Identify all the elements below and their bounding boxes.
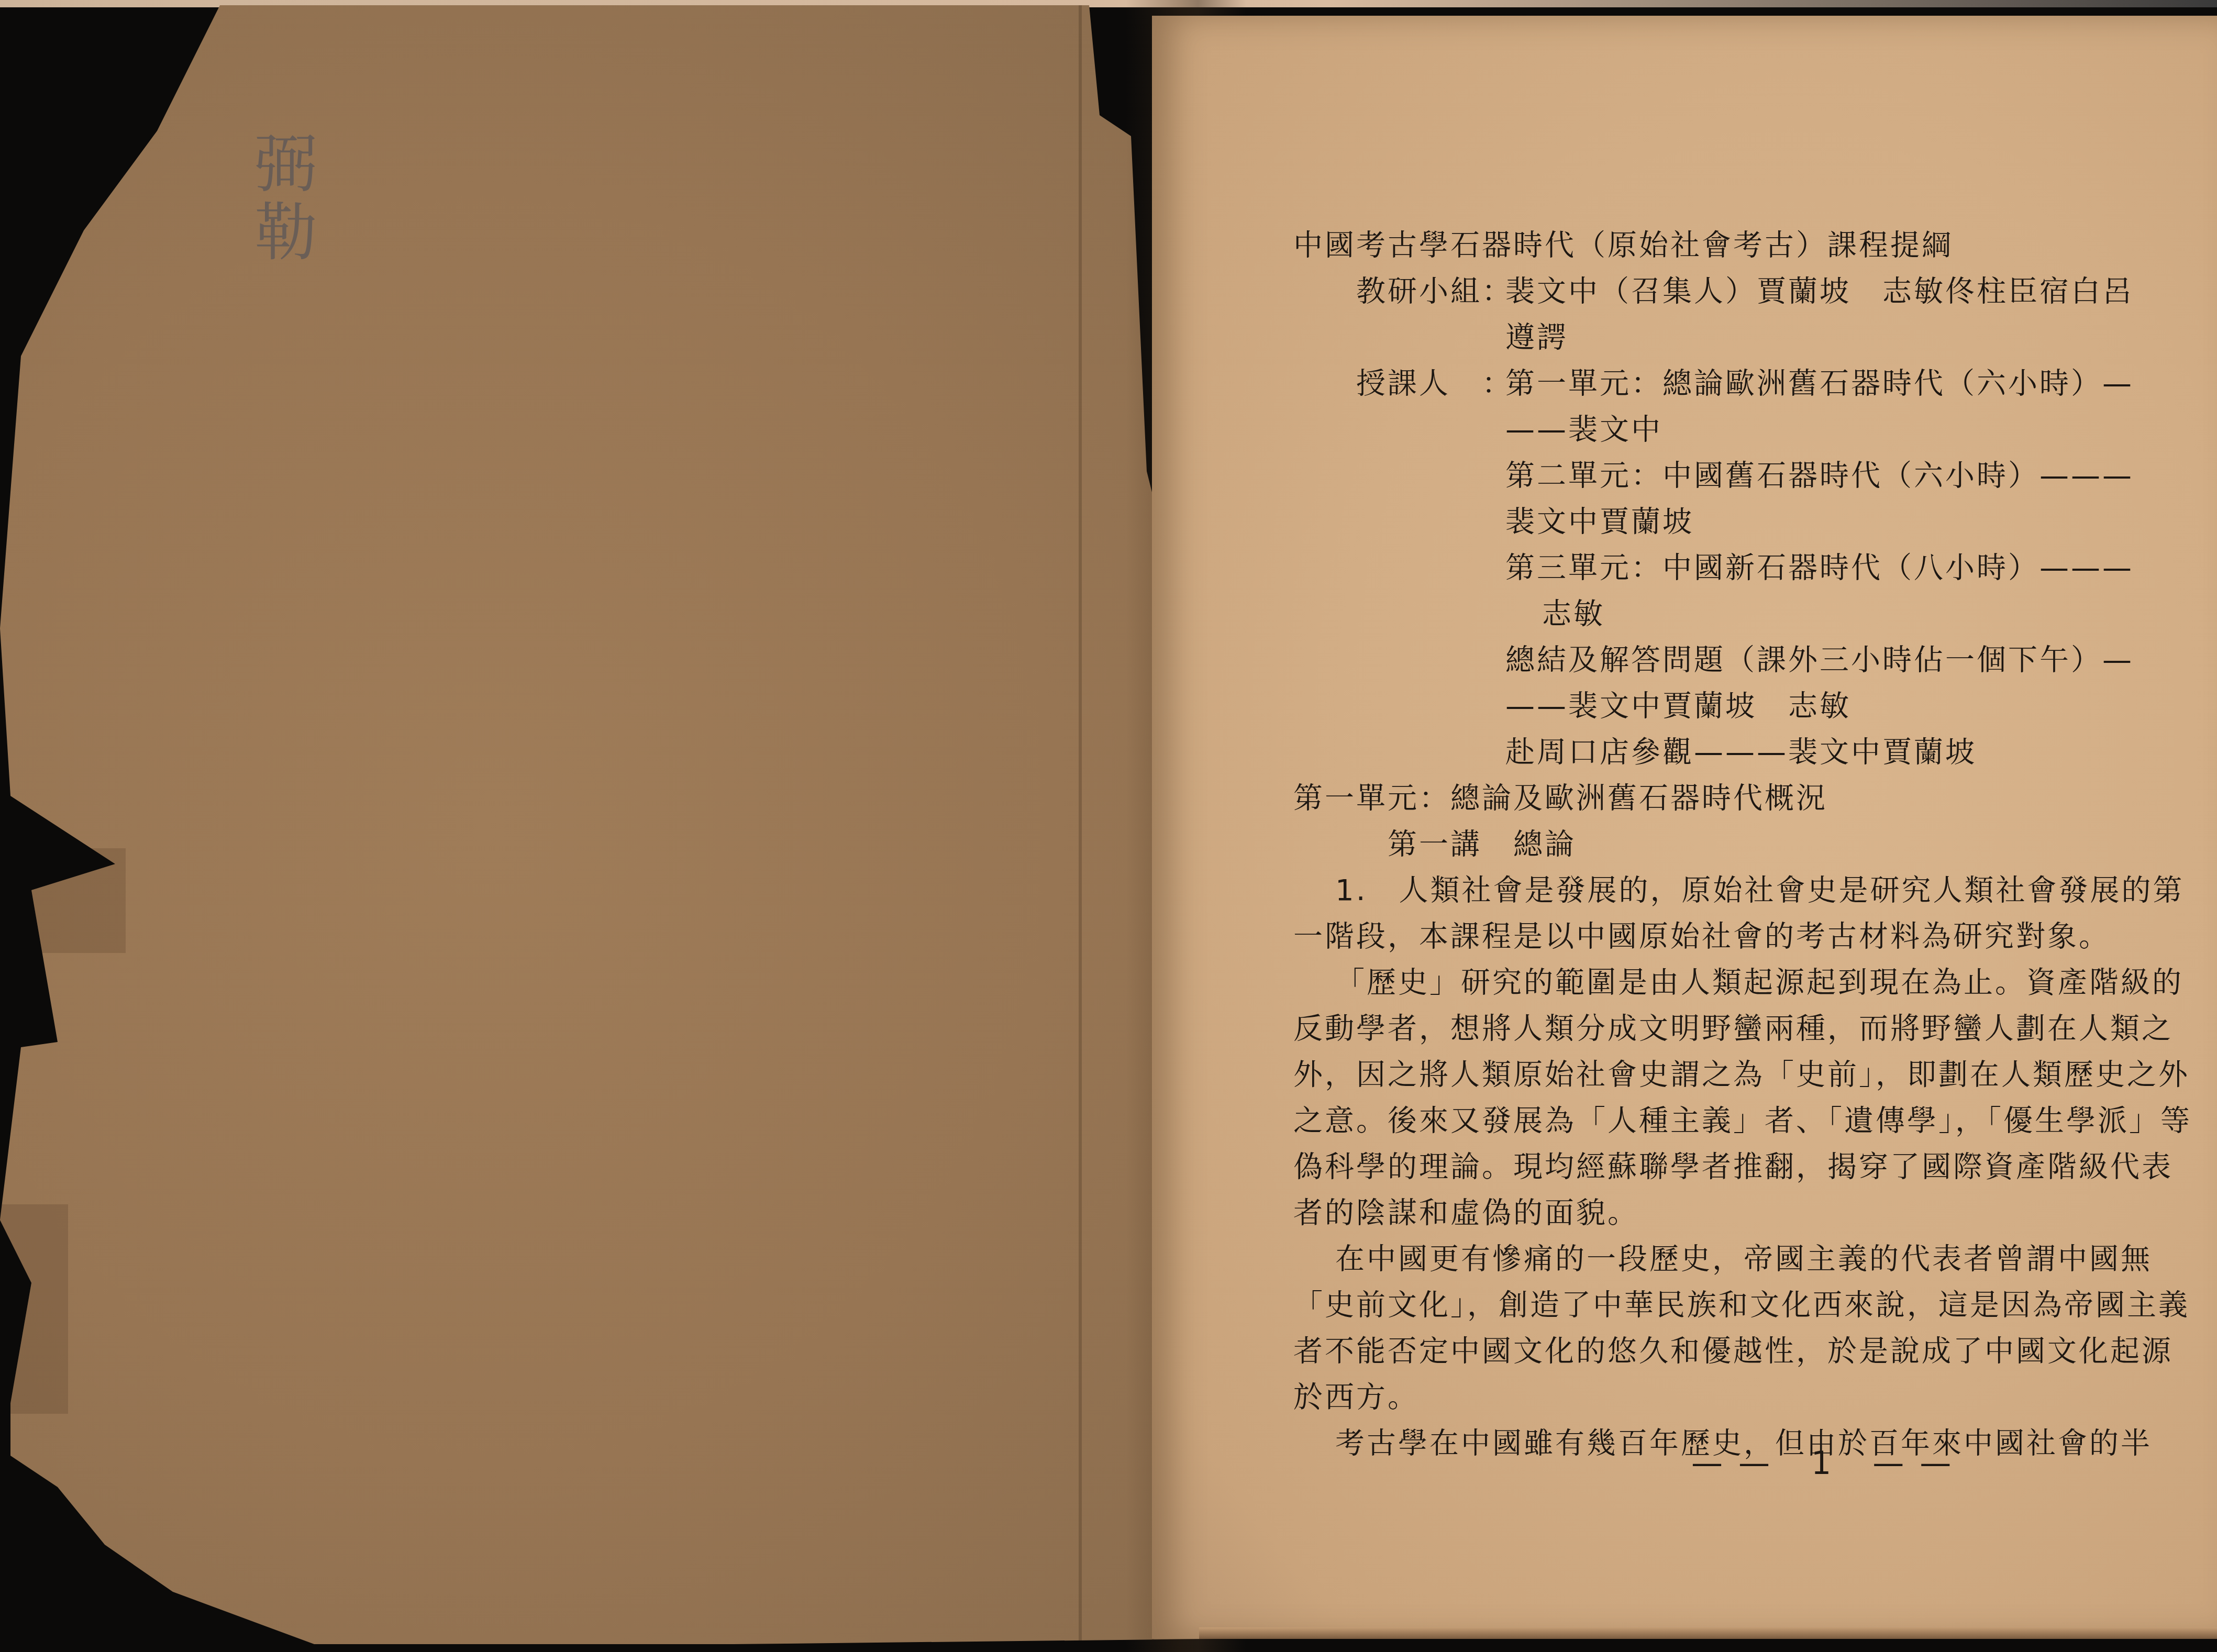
unit-2-instructor: 裴文中賈蘭坡 <box>1505 499 2194 545</box>
instructors-label: 授課人 ： <box>1293 361 1505 775</box>
teaching-group-label: 教研小組： <box>1293 269 1505 361</box>
lecture-heading: 第一講 總論 <box>1388 822 2194 868</box>
unit-heading: 第一單元：總論及歐洲舊石器時代概況 <box>1293 775 2194 822</box>
teaching-group-members-cont: 遵諤 <box>1505 315 2194 361</box>
unit-2-schedule: 第二單元：中國舊石器時代（六小時）——— <box>1505 453 2194 499</box>
unit-3-instructor: 志敏 <box>1505 591 2194 637</box>
paper-crease <box>1079 0 1082 1652</box>
teaching-group-members: 裴文中（召集人）賈蘭坡 志敏佟柱臣宿白呂 <box>1505 269 2194 315</box>
instructors-row: 授課人 ： 第一單元：總論歐洲舊石器時代（六小時）— ——裴文中 第二單元：中國… <box>1293 361 2194 775</box>
document-title: 中國考古學石器時代（原始社會考古）課程提綱 <box>1293 223 2194 269</box>
pencil-annotation: 弼勒 <box>225 131 319 267</box>
torn-fold <box>10 848 126 953</box>
unit-1-instructor: ——裴文中 <box>1505 407 2194 453</box>
summary-schedule: 總結及解答問題（課外三小時佔一個下午）— <box>1505 637 2194 683</box>
paragraph: 1. 人類社會是發展的，原始社會史是研究人類社會發展的第一階段，本課程是以中國原… <box>1293 868 2194 960</box>
paragraph: 「歷史」研究的範圍是由人類起源起到現在為止。資產階級的反動學者，想將人類分成文明… <box>1293 960 2194 1236</box>
course-outline: 中國考古學石器時代（原始社會考古）課程提綱 教研小組： 裴文中（召集人）賈蘭坡 … <box>1293 223 2194 1467</box>
teaching-group-row: 教研小組： 裴文中（召集人）賈蘭坡 志敏佟柱臣宿白呂 遵諤 <box>1293 269 2194 361</box>
left-page-cover: 弼勒 <box>0 0 1220 1652</box>
unit-3-schedule: 第三單元：中國新石器時代（八小時）——— <box>1505 545 2194 591</box>
summary-instructors: ——裴文中賈蘭坡 志敏 <box>1505 683 2194 729</box>
page-number: —— 1 —— <box>1691 1445 1967 1482</box>
unit-1-schedule: 第一單元：總論歐洲舊石器時代（六小時）— <box>1505 361 2194 407</box>
torn-fold <box>0 1204 68 1414</box>
field-trip-schedule: 赴周口店參觀———裴文中賈蘭坡 <box>1505 729 2194 775</box>
page-stack-edge <box>1199 1627 2217 1639</box>
paragraph: 在中國更有慘痛的一段歷史，帝國主義的代表者曾謂中國無「史前文化」，創造了中華民族… <box>1293 1236 2194 1421</box>
